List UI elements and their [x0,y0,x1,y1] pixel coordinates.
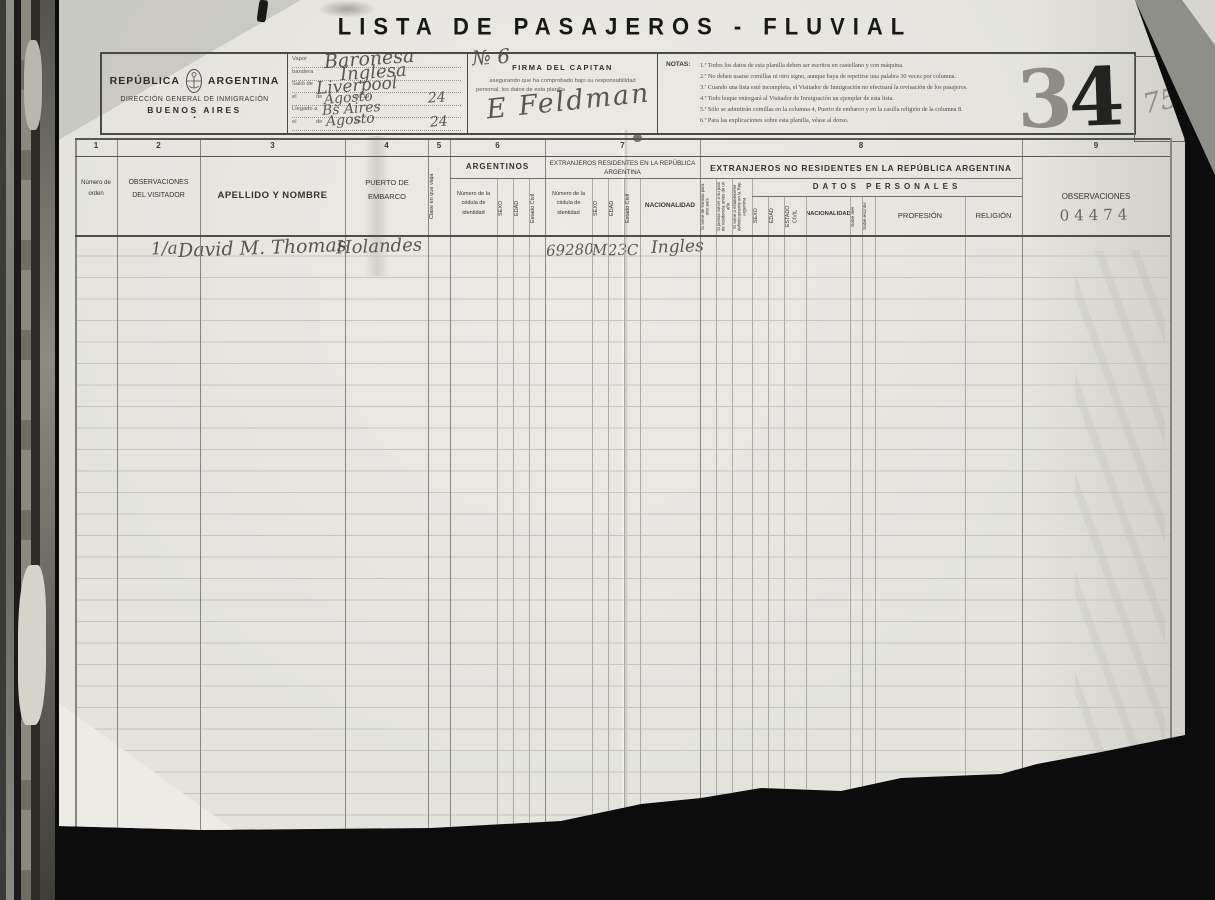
table-grid-line [497,178,498,881]
table-grid-line [428,138,429,881]
table-grid-line [1022,138,1023,881]
header-nores-edad: EDAD [769,199,783,233]
header-apellido-nombre: APELLIDO Y NOMBRE [202,190,343,201]
header-res-edad: EDAD [609,184,623,232]
photo-canvas: { "title": "LISTA DE PASAJEROS - FLUVIAL… [0,0,1215,900]
coat-of-arms-icon [185,68,203,94]
table-grid-line [608,178,609,881]
header-nores-nacionalidad: NACIONALIDAD [806,211,850,217]
table-grid-line [875,196,876,881]
header-arg-cedula: Número de la cédula de identidad [452,190,495,218]
column-number-1: 1 [75,141,117,155]
table-grid-line [545,138,546,881]
header-nores-estado: ESTADO CIVIL [785,199,805,233]
binding-paper-chunk [24,40,42,130]
letterhead: REPÚBLICA ARGENTINA DIRECCIÓN GENERAL DE… [102,54,287,133]
captain-section: № 6 FIRMA DEL CAPITAN asegurando que ha … [467,54,657,133]
table-grid-line [732,178,733,881]
table-grid-line [75,138,1170,140]
letterhead-argentina: ARGENTINA [208,75,279,87]
column-number-4: 4 [345,141,428,155]
header-observaciones-visitador: OBSERVACIONES DEL VISITADOR [121,176,196,203]
header-res-estado: Estado Civil [625,182,639,234]
passenger-list-page: LISTA DE PASAJEROS - FLUVIAL REPÚBLICA A… [55,0,1187,900]
table-grid-line [784,196,785,881]
handwritten-arrival-month: Agosto [326,110,376,129]
header-res-nacionalidad: NACIONALIDAD [641,202,699,209]
stamp-digit: 3 [1015,51,1070,147]
table-grid-line [752,178,753,881]
observaciones-number-stamp: 04474 [1022,205,1170,226]
header-transito-1: Si viene de tránsito para otro país [701,180,715,233]
table-grid-line [768,196,769,881]
handwritten-arrival-year: 24 [429,113,448,130]
row-sexo: M [592,241,608,260]
header-res-sexo: SEXO [593,184,607,232]
header-numero-orden: Número de orden [76,178,116,201]
column-number-9: 9 [1022,141,1170,155]
header-clase-viaja: Clase en que viaja [429,160,449,232]
letterhead-direccion: DIRECCIÓN GENERAL DE INMIGRACIÓN [120,96,268,103]
table-grid-line [200,138,201,881]
header-extranjeros-residentes: EXTRANJEROS RESIDENTES EN LA REPÚBLICA A… [547,159,698,178]
header-datos-personales: DATOS PERSONALES [752,182,1022,191]
row-embark-port: Holandes [336,235,423,259]
header-puerto-embarco: PUERTO DE EMBARCO [353,176,421,205]
header-nores-sexo: SEXO [753,199,767,233]
header-transito-3: Si viene a establecerse definitivamente … [733,180,751,233]
table-grid-line [117,138,118,881]
table-grid-line [592,178,593,881]
table-grid-line [716,178,717,881]
binding-strip [40,0,55,900]
row-estado-civil: C [627,241,639,259]
binding-strip [6,0,14,900]
table-grid-line [450,178,1022,179]
table-grid-line [75,156,1170,157]
header-arg-edad: EDAD [514,184,528,232]
handwritten-departure-year: 24 [427,89,446,106]
page-title: LISTA DE PASAJEROS - FLUVIAL [323,13,927,41]
table-grid-line [1170,138,1172,881]
header-argentinos: ARGENTINOS [450,162,545,171]
table-grid-line [806,196,807,881]
row-visitador-mark: 1/a [151,239,178,260]
table-grid-line [752,196,1022,197]
table-grid-line [624,178,625,881]
row-nacionalidad: Ingles [651,236,704,258]
header-religion: RELIGIÓN [965,211,1022,220]
table-body-rows [75,235,1170,883]
table-grid-line [850,196,851,881]
table-grid-line [513,178,514,881]
column-number-3: 3 [200,141,345,155]
ship-info-section: Vapor bandera Salió de el de de 19 Llega… [287,54,467,133]
header-box: REPÚBLICA ARGENTINA DIRECCIÓN GENERAL DE… [100,52,1136,135]
stamp-digit: 4 [1067,49,1122,145]
header-observaciones: OBSERVACIONES [1022,192,1170,201]
table-grid-line [345,138,346,881]
letterhead-mark: ▪ [193,117,195,120]
letterhead-republica: REPÚBLICA [110,75,180,87]
notas-heading: NOTAS: [666,61,690,68]
table-grid-line [75,138,77,881]
table-grid-line [965,196,966,881]
header-transito-2: Si piensa volver a su país de residencia… [717,180,731,233]
header-profesion: PROFESIÓN [875,211,965,220]
header-arg-estado: Estado Civil [530,182,544,234]
header-sabe-escribir: Sabe escribir [863,200,874,233]
header-extranjeros-no-residentes: EXTRANJEROS NO RESIDENTES EN LA REPÚBLIC… [700,163,1022,173]
page-number-stamp: 34 [1016,56,1122,140]
table-grid-line [640,178,641,881]
binding-strip [31,0,40,900]
binding-strip [14,0,21,900]
letterhead-ciudad: BUENOS AIRES [147,105,241,115]
column-number-2: 2 [117,141,200,155]
row-cedula: 69280 [546,240,594,260]
table-grid-line [529,178,530,881]
header-sabe-leer: Sabe leer [851,200,861,233]
table-grid-line [450,138,451,881]
binding-strip [21,0,31,900]
captain-heading: FIRMA DEL CAPITAN [468,63,657,72]
column-number-5: 5 [428,141,450,155]
table-grid-line [862,196,863,881]
header-res-cedula: Número de la cédula de identidad [547,190,590,218]
header-arg-sexo: SEXO [498,184,512,232]
table-grid-line [75,235,1170,237]
column-number-8: 8 [700,141,1022,155]
captain-signature: E Feldman [485,77,652,125]
column-number-7: 7 [545,141,700,155]
binding-paper-chunk [18,565,46,725]
column-number-6: 6 [450,141,545,155]
table-grid-line [700,138,701,881]
